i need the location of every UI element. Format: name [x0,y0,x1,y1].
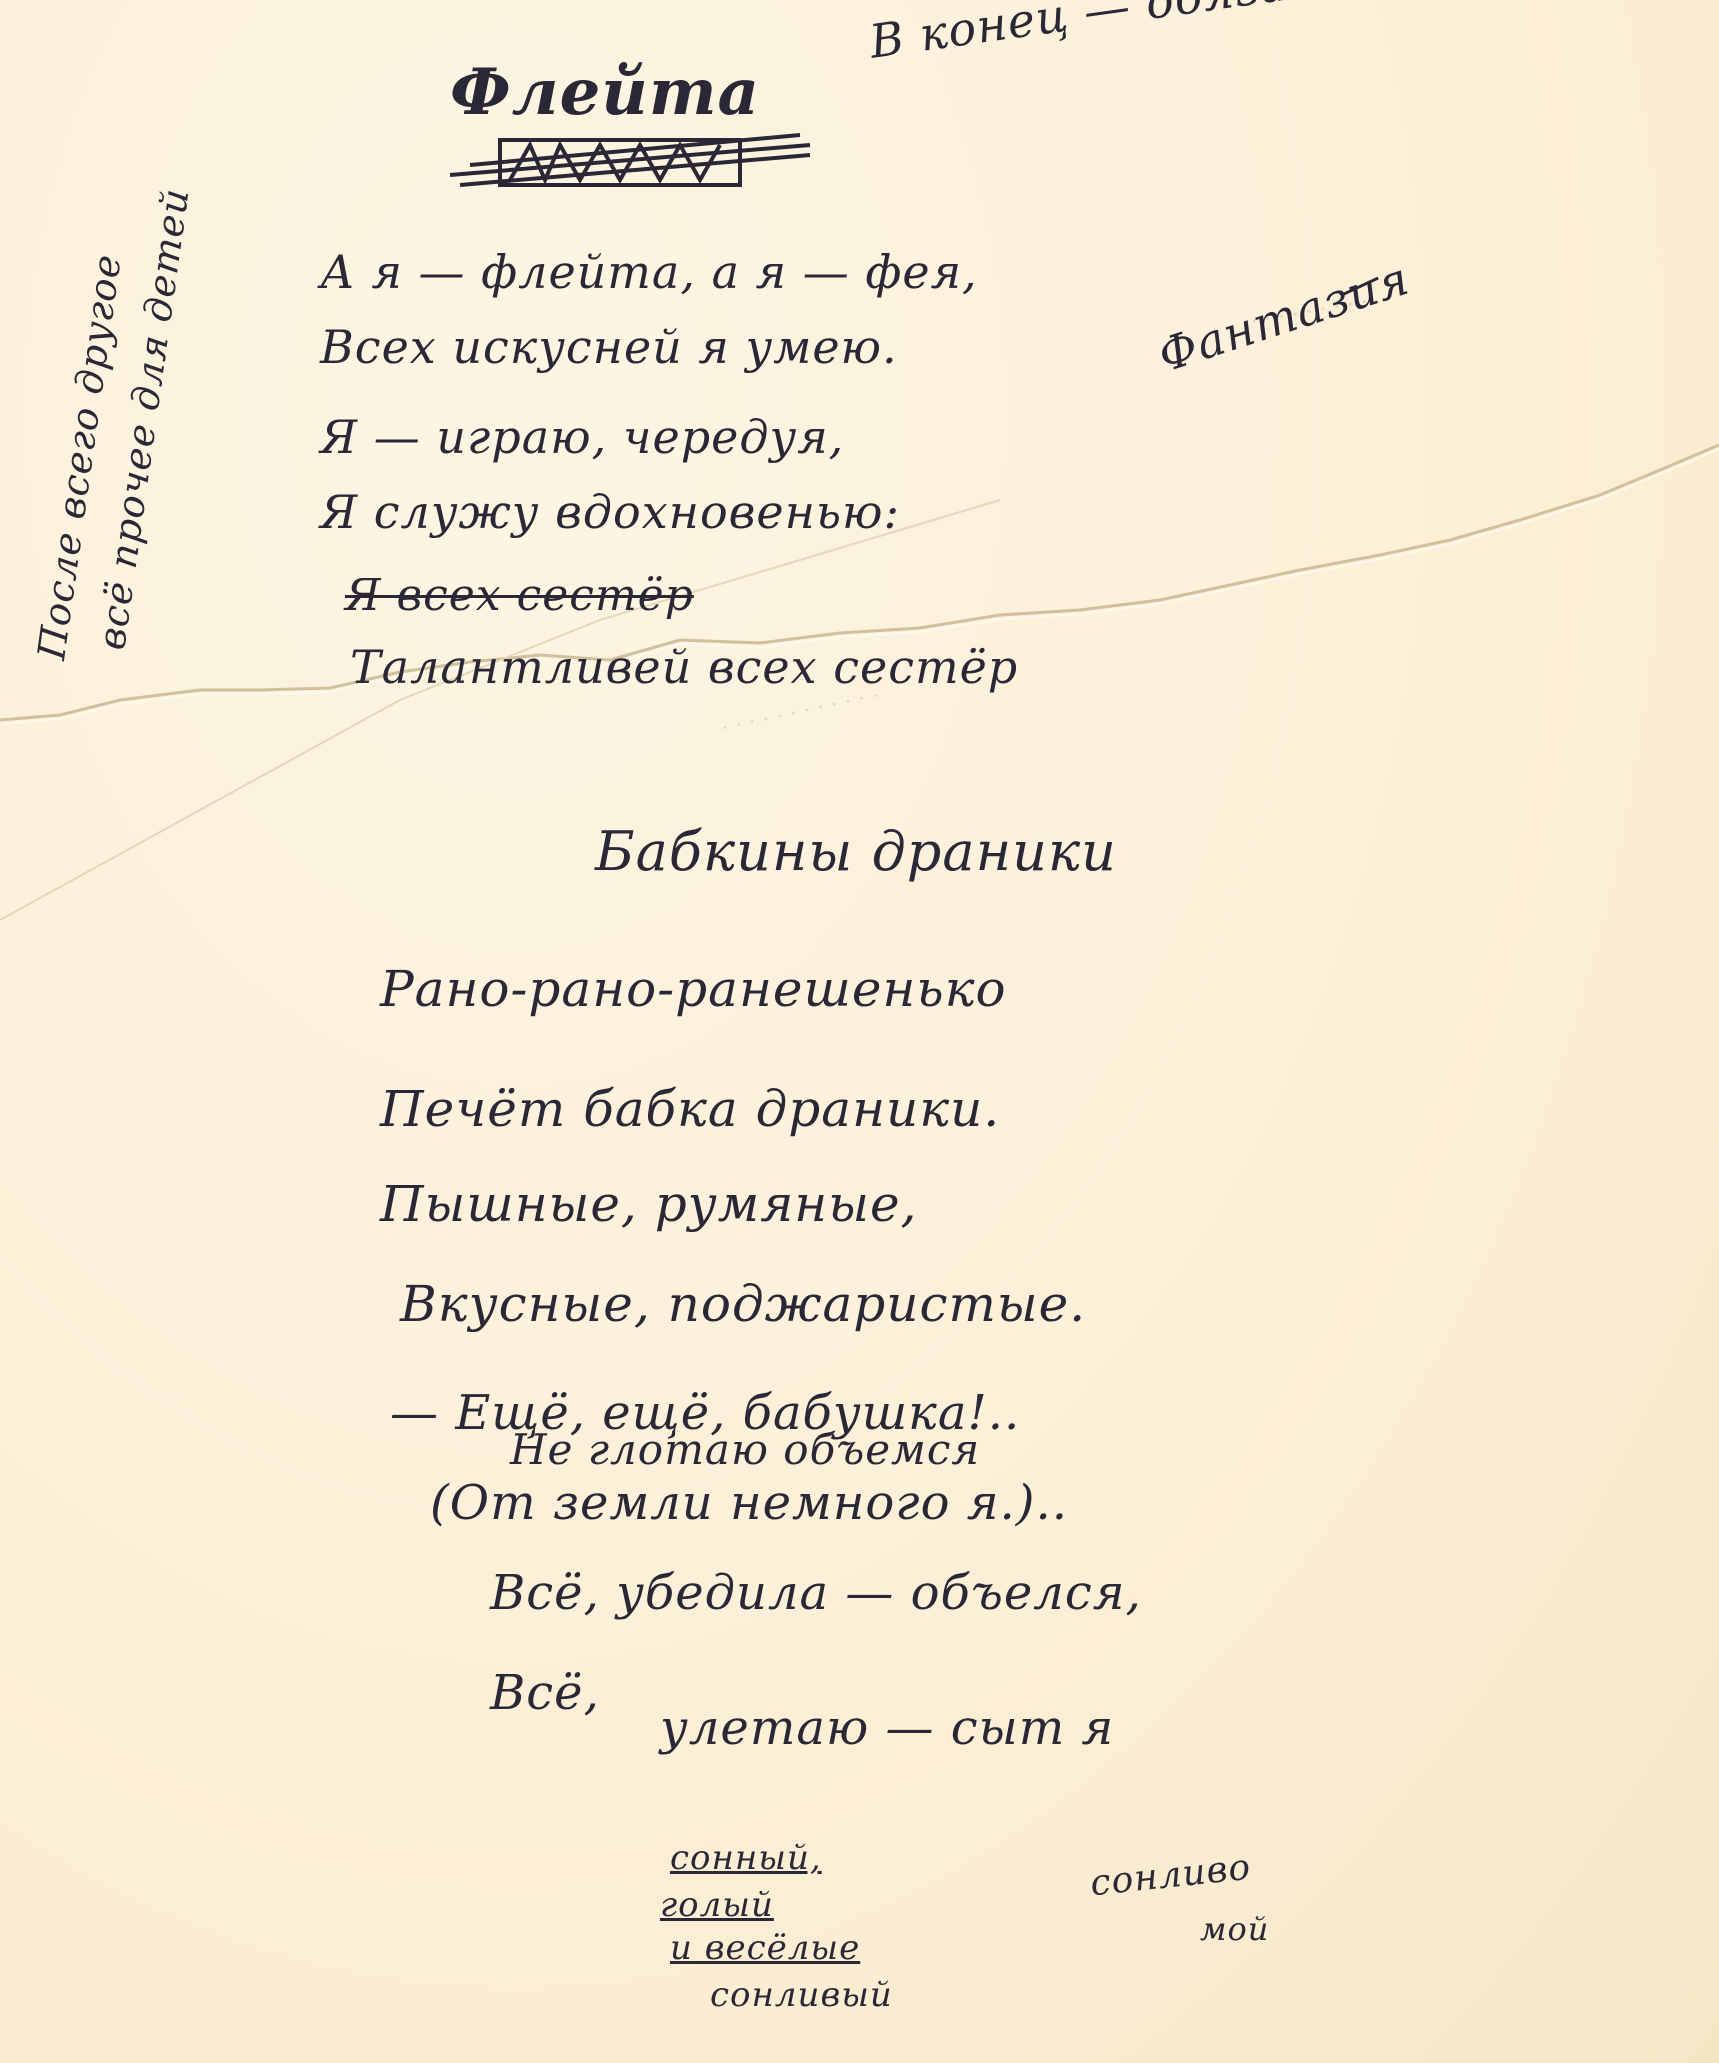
poem2-line-4: Вкусные, поджаристые. [400,1275,1086,1333]
poem-title: Флейта [450,55,760,130]
poem2-line-3: Пышные, румяные, [380,1175,917,1233]
manuscript-page: · · · · · · · · · · · · · · · · · · · · … [0,0,1719,2063]
poem1-line-2: Всех искусней я умею. [320,320,898,374]
title-scribble [440,120,820,200]
poem2-line-6: Не глотаю объемся [510,1425,980,1474]
footer-note-4: сонливый [710,1975,893,2015]
poem1-line-1: А я — флейта, а я — фея, [320,245,978,299]
poem2-line-8: Всё, убедила — объелся, [490,1565,1142,1621]
poem2-title: Бабкины драники [595,820,1117,883]
footer-note-3: и весёлые [670,1928,860,1968]
footer-note-2: голый [660,1885,774,1925]
footer-right-note-2: мой [1200,1910,1269,1948]
poem1-line-3: Я — играю, чередуя, [320,410,844,464]
poem1-final-line: Талантливей всех сестёр [350,640,1018,694]
poem1-line-4: Я служу вдохновенью: [320,485,900,539]
poem2-line-7: (От земли немного я.).. [430,1475,1068,1531]
top-note: В конец — обязательно [866,0,1479,69]
poem2-line-2: Печёт бабка драники. [380,1080,1000,1138]
poem1-struck-line: Я всех сестёр [345,570,694,621]
poem2-line-9: Всё, [490,1665,600,1721]
footer-right-note-1: сонливо [1088,1847,1253,1905]
footer-note-1: сонный, [670,1838,822,1878]
poem2-line-1: Рано-рано-ранешенько [380,960,1007,1018]
poem1-side-note: Фантазия [1152,251,1416,383]
poem2-line-10: улетаю — сыт я [660,1700,1114,1756]
